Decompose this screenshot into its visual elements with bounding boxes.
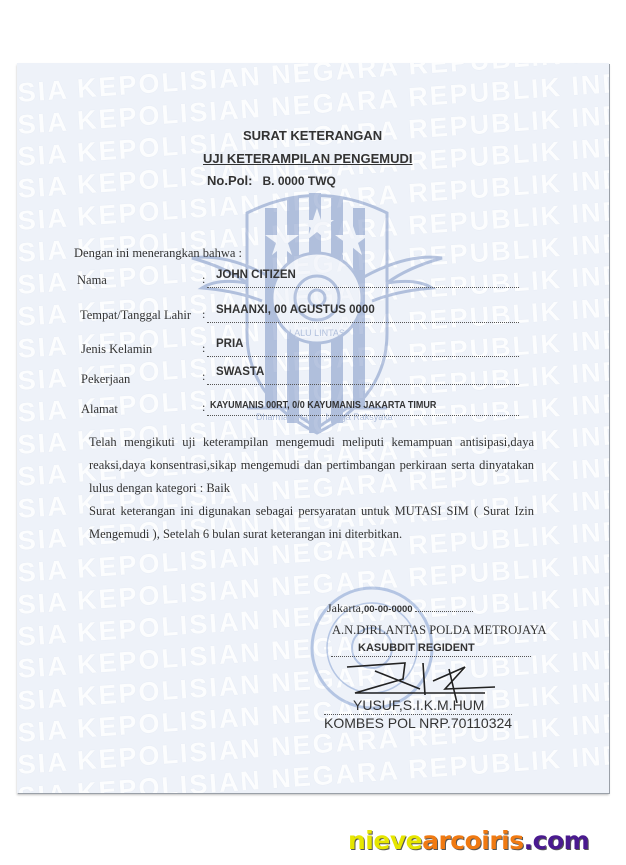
signatory-org: A.N.DIRLANTAS POLDA METROJAYA <box>332 623 547 638</box>
field-tempat-tanggal-lahir: Tempat/Tanggal Lahir : SHAANXI, 00 AGUST… <box>17 304 609 326</box>
field-label: Nama <box>77 273 107 288</box>
place-date: Jakarta,00-00-0000 <box>327 601 473 616</box>
field-value: PRIA <box>216 338 243 350</box>
field-jenis-kelamin: Jenis Kelamin : PRIA <box>17 338 609 360</box>
field-nama: Nama : JOHN CITIZEN <box>17 269 609 291</box>
signatory-name: YUSUF,S.I.K.M.HUM <box>353 697 484 713</box>
field-value: SHAANXI, 00 AGUSTUS 0000 <box>216 304 375 316</box>
body-text: Telah mengikuti uji keterampilan mengemu… <box>89 431 534 546</box>
signatory-rank: KOMBES POL NRP.70110324 <box>324 714 512 731</box>
plate-number-label: No.Pol: <box>207 173 253 188</box>
field-label: Tempat/Tanggal Lahir <box>80 308 191 323</box>
signature-block: Jakarta,00-00-0000 A.N.DIRLANTAS POLDA M… <box>327 601 473 616</box>
document-title: SURAT KETERANGAN <box>243 128 382 143</box>
plate-number: No.Pol:B. 0000 TWQ <box>207 173 336 188</box>
field-label: Alamat <box>81 402 118 417</box>
field-pekerjaan: Pekerjaan : SWASTA <box>17 366 609 388</box>
plate-number-value: B. 0000 TWQ <box>263 174 336 188</box>
issue-date: 00-00-0000 <box>364 604 413 615</box>
document-subtitle: UJI KETERAMPILAN PENGEMUDI <box>203 151 412 166</box>
field-value: KAYUMANIS 00RT, 0/0 KAYUMANIS JAKARTA TI… <box>210 400 436 411</box>
signatory-position: KASUBDIT REGIDENT <box>331 642 531 657</box>
field-value: SWASTA <box>216 366 264 378</box>
intro-text: Dengan ini menerangkan bahwa : <box>74 246 242 261</box>
field-label: Jenis Kelamin <box>81 342 152 357</box>
site-watermark-logo: nievearcoiris.com <box>348 826 589 855</box>
body-paragraph-1: Telah mengikuti uji keterampilan mengemu… <box>89 431 534 500</box>
field-value: JOHN CITIZEN <box>216 269 296 281</box>
city: Jakarta, <box>327 601 364 615</box>
body-paragraph-2: Surat keterangan ini digunakan sebagai p… <box>89 500 534 546</box>
field-label: Pekerjaan <box>81 372 130 387</box>
field-alamat: Alamat : KAYUMANIS 00RT, 0/0 KAYUMANIS J… <box>17 397 609 419</box>
document-sheet: ESIA KEPOLISIAN NEGARA REPUBLIK INDONESI… <box>17 63 609 793</box>
svg-text:LALU LINTAS: LALU LINTAS <box>289 328 345 338</box>
